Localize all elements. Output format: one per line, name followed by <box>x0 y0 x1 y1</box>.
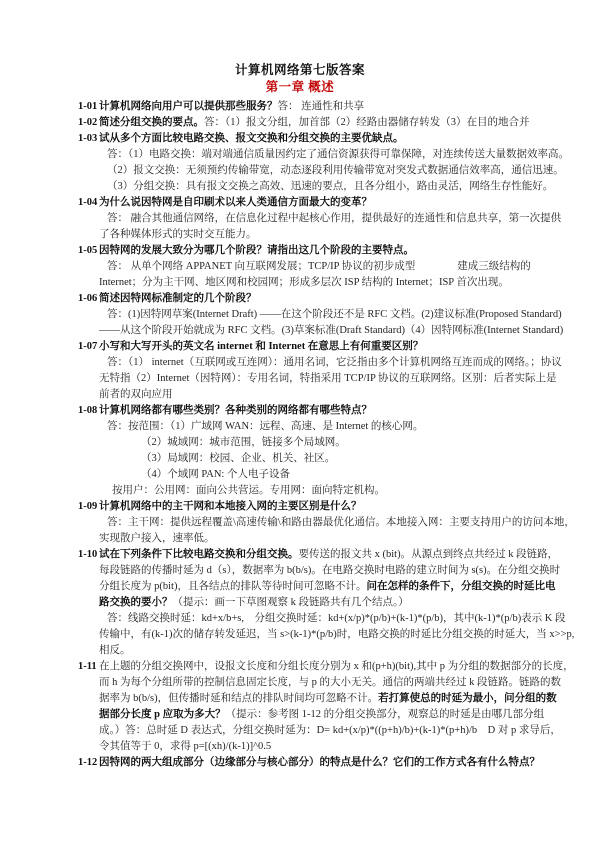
text-run: 传输中，有(k-1)次的储存转发延迟，当 s>(k-1)*(p/b)时，电路交换… <box>99 629 574 640</box>
qa-item: 1-09计算机网络中的主干网和本地接入网的主要区别是什么？答：主干网：提供远程覆… <box>78 499 564 547</box>
question-number: 1-09 <box>78 499 99 515</box>
text-line: 计算机网络都有哪些类别？各种类别的网络都有哪些特点？ <box>99 403 564 419</box>
text-line: 分组长度为 p(bit)，且各结点的排队等待时间可忽略不计。问在怎样的条件下，分… <box>99 579 564 595</box>
text-run: 答：（1）报文分组，加首部（2）经路由器储存转发（3）在目的地合并 <box>204 117 530 128</box>
document-title: 计算机网络第七版答案 <box>0 62 600 78</box>
text-line: Internet；分为主干网、地区网和校园网；形成多层次 ISP 结构的 Int… <box>99 275 564 291</box>
text-line: 答：线路交换时延：kd+x/b+s, 分组交换时延：kd+(x/p)*(p/b)… <box>99 611 564 627</box>
text-run: （3）局域网：校园、企业、机关、社区。 <box>141 453 335 464</box>
question-number: 1-05 <box>78 243 99 259</box>
text-run: 成。）答：总时延 D 表达式，分组交换时延为：D= kd+(x/p)*((p+h… <box>99 725 561 736</box>
text-run: （4）个域网 PAN: 个人电子设备 <box>141 469 290 480</box>
text-line: 为什么说因特网是自印刷术以来人类通信方面最大的变革？ <box>99 195 564 211</box>
text-run: 答： 融合其他通信网络，在信息化过程中起核心作用，提供最好的连通性和信息共享，第… <box>107 213 561 224</box>
document-page: 计算机网络第七版答案 第一章 概述 1-01计算机网络向用户可以提供那些服务？答… <box>0 0 600 849</box>
text-line: 成。）答：总时延 D 表达式，分组交换时延为：D= kd+(x/p)*((p+h… <box>99 723 564 739</box>
bold-text-run: 为什么说因特网是自印刷术以来人类通信方面最大的变革？ <box>99 197 372 208</box>
bold-text-run: 据部分长度 p 应取为多大？ <box>99 709 226 720</box>
text-line: 答：主干网：提供远程覆盖\高速传输\和路由器最优化通信。本地接入网：主要支持用户… <box>99 515 564 531</box>
bold-text-run: 问在怎样的条件下，分组交换的时延比电 <box>366 581 555 592</box>
text-line: 因特网的发展大致分为哪几个阶段？请指出这几个阶段的主要特点。 <box>99 243 564 259</box>
qa-item: 1-03试从多个方面比较电路交换、报文交换和分组交换的主要优缺点。答：（1）电路… <box>78 131 564 195</box>
text-line: 令其值等于 0，求得 p=[(xh)/(k-1)]^0.5 <box>99 739 564 755</box>
text-run: （提示：参考图 1-12 的分组交换部分，观察总的时延是由哪几部分组 <box>226 709 545 720</box>
text-run: 在上题的分组交换网中，设报文长度和分组长度分别为 x 和(p+h)(bit),其… <box>99 661 574 672</box>
document-header: 计算机网络第七版答案 第一章 概述 <box>0 0 600 96</box>
text-line: 计算机网络中的主干网和本地接入网的主要区别是什么？ <box>99 499 564 515</box>
text-run: （2）报文交换：无须预约传输带宽，动态逐段利用传输带宽对突发式数据通信效率高，通… <box>107 165 564 176</box>
text-run: 答：按范围：（1）广域网 WAN：远程、高速、是 Internet 的核心网。 <box>107 421 423 432</box>
text-run: Internet；分为主干网、地区网和校园网；形成多层次 ISP 结构的 Int… <box>99 277 509 288</box>
text-line: 无特指（2）Internet（因特网）：专用名词，特指采用 TCP/IP 协议的… <box>99 371 564 387</box>
text-line: 前者的双向应用 <box>99 387 564 403</box>
text-line: 在上题的分组交换网中，设报文长度和分组长度分别为 x 和(p+h)(bit),其… <box>99 659 564 675</box>
qa-item: 1-08计算机网络都有哪些类别？各种类别的网络都有哪些特点？答：按范围：（1）广… <box>78 403 564 499</box>
question-number: 1-07 <box>78 339 99 355</box>
text-line: ——从这个阶段开始就成为 RFC 文档。(3)草案标准(Draft Standa… <box>99 323 564 339</box>
question-number: 1-11 <box>78 659 99 675</box>
text-line: 答： 从单个网络 APPANET 向互联网发展；TCP/IP 协议的初步成型 建… <box>99 259 564 275</box>
text-line: （3）局域网：校园、企业、机关、社区。 <box>99 451 564 467</box>
text-line: 据部分长度 p 应取为多大？（提示：参考图 1-12 的分组交换部分，观察总的时… <box>99 707 564 723</box>
text-run: 无特指（2）Internet（因特网）：专用名词，特指采用 TCP/IP 协议的… <box>99 373 557 384</box>
bold-text-run: 计算机网络中的主干网和本地接入网的主要区别是什么？ <box>99 501 362 512</box>
text-line: 答：(1)因特网草案(Internet Draft) ——在这个阶段还不是 RF… <box>99 307 564 323</box>
text-line: 因特网的两大组成部分（边缘部分与核心部分）的特点是什么？它们的工作方式各有什么特… <box>99 755 564 771</box>
text-run: 每段链路的传播时延为 d（s），数据率为 b(b/s)。在电路交换时电路的建立时… <box>99 565 560 576</box>
bold-text-run: 计算机网络向用户可以提供那些服务？ <box>99 101 278 112</box>
question-number: 1-06 <box>78 291 99 307</box>
bold-text-run: 试从多个方面比较电路交换、报文交换和分组交换的主要优缺点。 <box>99 133 404 144</box>
text-line: 每段链路的传播时延为 d（s），数据率为 b(b/s)。在电路交换时电路的建立时… <box>99 563 564 579</box>
text-line: 小写和大写开头的英文名 internet 和 Internet 在意思上有何重要… <box>99 339 564 355</box>
text-run: 答：（1）电路交换：端对端通信质量因约定了通信资源获得可靠保障，对连续传送大量数… <box>107 149 569 160</box>
bold-text-run: 小写和大写开头的英文名 internet 和 Internet 在意思上有何重要… <box>99 341 423 352</box>
text-run: ——从这个阶段开始就成为 RFC 文档。(3)草案标准(Draft Standa… <box>99 325 563 336</box>
text-run: 实现散户接入，速率低。 <box>99 533 215 544</box>
text-run: （提示：画一下草图观察 k 段链路共有几个结点。） <box>173 597 409 608</box>
text-run: 答：(1)因特网草案(Internet Draft) ——在这个阶段还不是 RF… <box>107 309 562 320</box>
bold-text-run: 计算机网络都有哪些类别？各种类别的网络都有哪些特点？ <box>99 405 372 416</box>
qa-item: 1-12因特网的两大组成部分（边缘部分与核心部分）的特点是什么？它们的工作方式各… <box>78 755 564 771</box>
text-line: 路交换的要小？（提示：画一下草图观察 k 段链路共有几个结点。） <box>99 595 564 611</box>
text-run: 答：（1） internet（互联网或互连网）：通用名词，它泛指由多个计算机网络… <box>107 357 562 368</box>
bold-text-run: 因特网的发展大致分为哪几个阶段？请指出这几个阶段的主要特点。 <box>99 245 414 256</box>
text-run: （2）城域网：城市范围，链接多个局域网。 <box>141 437 346 448</box>
text-line: （2）报文交换：无须预约传输带宽，动态逐段利用传输带宽对突发式数据通信效率高，通… <box>99 163 564 179</box>
text-line: 答：按范围：（1）广域网 WAN：远程、高速、是 Internet 的核心网。 <box>99 419 564 435</box>
text-run: 前者的双向应用 <box>99 389 173 400</box>
question-number: 1-12 <box>78 755 99 771</box>
text-run: 要传送的报文共 x (bit)。从源点到终点共经过 k 段链路， <box>299 549 559 560</box>
text-line: （4）个域网 PAN: 个人电子设备 <box>99 467 564 483</box>
text-run: （3）分组交换：具有报文交换之高效、迅速的要点，且各分组小，路由灵活，网络生存性… <box>107 181 553 192</box>
text-line: 答：（1） internet（互联网或互连网）：通用名词，它泛指由多个计算机网络… <box>99 355 564 371</box>
text-run: 了各种媒体形式的实时交互能力。 <box>99 229 257 240</box>
text-run: 据率为 b(b/s)，但传播时延和结点的排队时间均可忽略不计。 <box>99 693 378 704</box>
qa-item: 1-10试在下列条件下比较电路交换和分组交换。要传送的报文共 x (bit)。从… <box>78 547 564 659</box>
question-number: 1-01 <box>78 99 99 115</box>
text-run: 答： 从单个网络 APPANET 向互联网发展；TCP/IP 协议的初步成型 建… <box>107 261 531 272</box>
text-line: （3）分组交换：具有报文交换之高效、迅速的要点，且各分组小，路由灵活，网络生存性… <box>99 179 564 195</box>
text-line: 据率为 b(b/s)，但传播时延和结点的排队时间均可忽略不计。若打算使总的时延为… <box>99 691 564 707</box>
text-run: 答： 连通性和共享 <box>278 101 365 112</box>
text-line: 相反。 <box>99 643 564 659</box>
question-number: 1-03 <box>78 131 99 147</box>
text-line: 实现散户接入，速率低。 <box>99 531 564 547</box>
text-run: 分组长度为 p(bit)，且各结点的排队等待时间可忽略不计。 <box>99 581 366 592</box>
qa-item: 1-06简述因特网标准制定的几个阶段？答：(1)因特网草案(Internet D… <box>78 291 564 339</box>
text-line: （2）城域网：城市范围，链接多个局域网。 <box>99 435 564 451</box>
qa-item: 1-11在上题的分组交换网中，设报文长度和分组长度分别为 x 和(p+h)(bi… <box>78 659 564 755</box>
bold-text-run: 简述分组交换的要点。 <box>99 117 204 128</box>
bold-text-run: 因特网的两大组成部分（边缘部分与核心部分）的特点是什么？它们的工作方式各有什么特… <box>99 757 540 768</box>
bold-text-run: 简述因特网标准制定的几个阶段？ <box>99 293 257 304</box>
text-line: 了各种媒体形式的实时交互能力。 <box>99 227 564 243</box>
text-line: 传输中，有(k-1)次的储存转发延迟，当 s>(k-1)*(p/b)时，电路交换… <box>99 627 564 643</box>
bold-text-run: 若打算使总的时延为最小，问分组的数 <box>378 693 557 704</box>
text-run: 相反。 <box>99 645 131 656</box>
qa-item: 1-04为什么说因特网是自印刷术以来人类通信方面最大的变革？答： 融合其他通信网… <box>78 195 564 243</box>
question-number: 1-08 <box>78 403 99 419</box>
text-run: 令其值等于 0，求得 p=[(xh)/(k-1)]^0.5 <box>99 741 271 752</box>
qa-item: 1-01计算机网络向用户可以提供那些服务？答： 连通性和共享 <box>78 99 564 115</box>
text-line: 而 h 为每个分组所带的控制信息固定长度，与 p 的大小无关。通信的两端共经过 … <box>99 675 564 691</box>
text-line: 试在下列条件下比较电路交换和分组交换。要传送的报文共 x (bit)。从源点到终… <box>99 547 564 563</box>
text-line: 答： 融合其他通信网络，在信息化过程中起核心作用，提供最好的连通性和信息共享，第… <box>99 211 564 227</box>
question-number: 1-10 <box>78 547 99 563</box>
qa-item: 1-05因特网的发展大致分为哪几个阶段？请指出这几个阶段的主要特点。答： 从单个… <box>78 243 564 291</box>
chapter-heading: 第一章 概述 <box>0 78 600 96</box>
question-number: 1-04 <box>78 195 99 211</box>
text-run: 按用户：公用网：面向公共营运。专用网：面向特定机构。 <box>112 485 385 496</box>
question-number: 1-02 <box>78 115 99 131</box>
qa-item: 1-07小写和大写开头的英文名 internet 和 Internet 在意思上… <box>78 339 564 403</box>
text-line: 按用户：公用网：面向公共营运。专用网：面向特定机构。 <box>99 483 564 499</box>
qa-list: 1-01计算机网络向用户可以提供那些服务？答： 连通性和共享1-02简述分组交换… <box>78 99 564 771</box>
text-line: 简述因特网标准制定的几个阶段？ <box>99 291 564 307</box>
text-line: 简述分组交换的要点。答：（1）报文分组，加首部（2）经路由器储存转发（3）在目的… <box>99 115 564 131</box>
text-run: 答：主干网：提供远程覆盖\高速传输\和路由器最优化通信。本地接入网：主要支持用户… <box>107 517 575 528</box>
text-run: 而 h 为每个分组所带的控制信息固定长度，与 p 的大小无关。通信的两端共经过 … <box>99 677 561 688</box>
qa-item: 1-02简述分组交换的要点。答：（1）报文分组，加首部（2）经路由器储存转发（3… <box>78 115 564 131</box>
text-run: 答：线路交换时延：kd+x/b+s, 分组交换时延：kd+(x/p)*(p/b)… <box>107 613 566 624</box>
text-line: 试从多个方面比较电路交换、报文交换和分组交换的主要优缺点。 <box>99 131 564 147</box>
text-line: 计算机网络向用户可以提供那些服务？答： 连通性和共享 <box>99 99 564 115</box>
bold-text-run: 试在下列条件下比较电路交换和分组交换。 <box>99 549 299 560</box>
bold-text-run: 路交换的要小？ <box>99 597 173 608</box>
text-line: 答：（1）电路交换：端对端通信质量因约定了通信资源获得可靠保障，对连续传送大量数… <box>99 147 564 163</box>
